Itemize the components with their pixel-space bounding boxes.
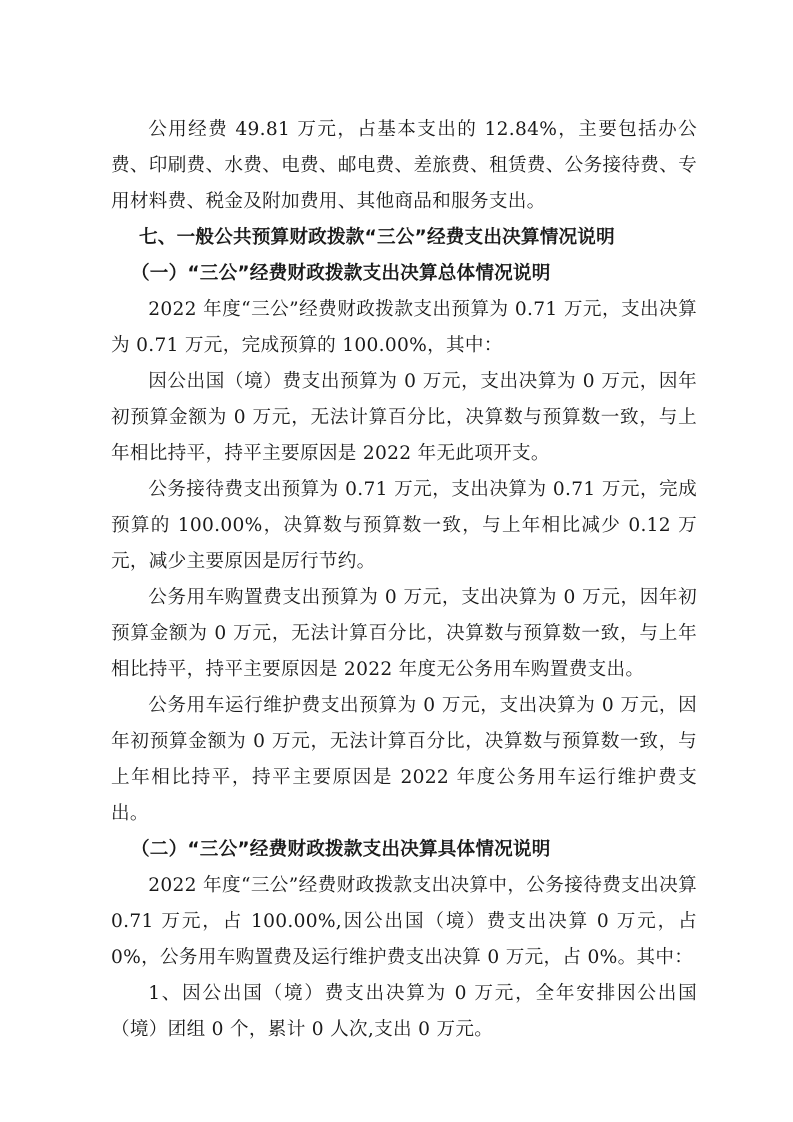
document-page: 公用经费 49.81 万元，占基本支出的 12.84%，主要包括办公费、印刷费、… xyxy=(111,112,697,1048)
paragraph-three-public-detail: 2022 年度“三公”经费财政拨款支出决算中，公务接待费支出决算 0.71 万元… xyxy=(111,868,697,976)
paragraph-public-expenses: 公用经费 49.81 万元，占基本支出的 12.84%，主要包括办公费、印刷费、… xyxy=(111,112,697,220)
paragraph-item-one-overseas: 1、因公出国（境）费支出决算为 0 万元，全年安排因公出国（境）团组 0 个，累… xyxy=(111,976,697,1048)
paragraph-official-reception: 公务接待费支出预算为 0.71 万元，支出决算为 0.71 万元，完成预算的 1… xyxy=(111,472,697,580)
section-heading-seven: 七、一般公共预算财政拨款“三公”经费支出决算情况说明 xyxy=(111,220,697,256)
paragraph-overseas-travel: 因公出国（境）费支出预算为 0 万元，支出决算为 0 万元，因年初预算金额为 0… xyxy=(111,364,697,472)
subsection-heading-two: （二）“三公”经费财政拨款支出决算具体情况说明 xyxy=(111,832,697,868)
paragraph-vehicle-purchase: 公务用车购置费支出预算为 0 万元，支出决算为 0 万元，因年初预算金额为 0 … xyxy=(111,580,697,688)
subsection-heading-one: （一）“三公”经费财政拨款支出决算总体情况说明 xyxy=(111,256,697,292)
paragraph-three-public-overview: 2022 年度“三公”经费财政拨款支出预算为 0.71 万元，支出决算为 0.7… xyxy=(111,292,697,364)
paragraph-vehicle-maintenance: 公务用车运行维护费支出预算为 0 万元，支出决算为 0 万元，因年初预算金额为 … xyxy=(111,688,697,832)
